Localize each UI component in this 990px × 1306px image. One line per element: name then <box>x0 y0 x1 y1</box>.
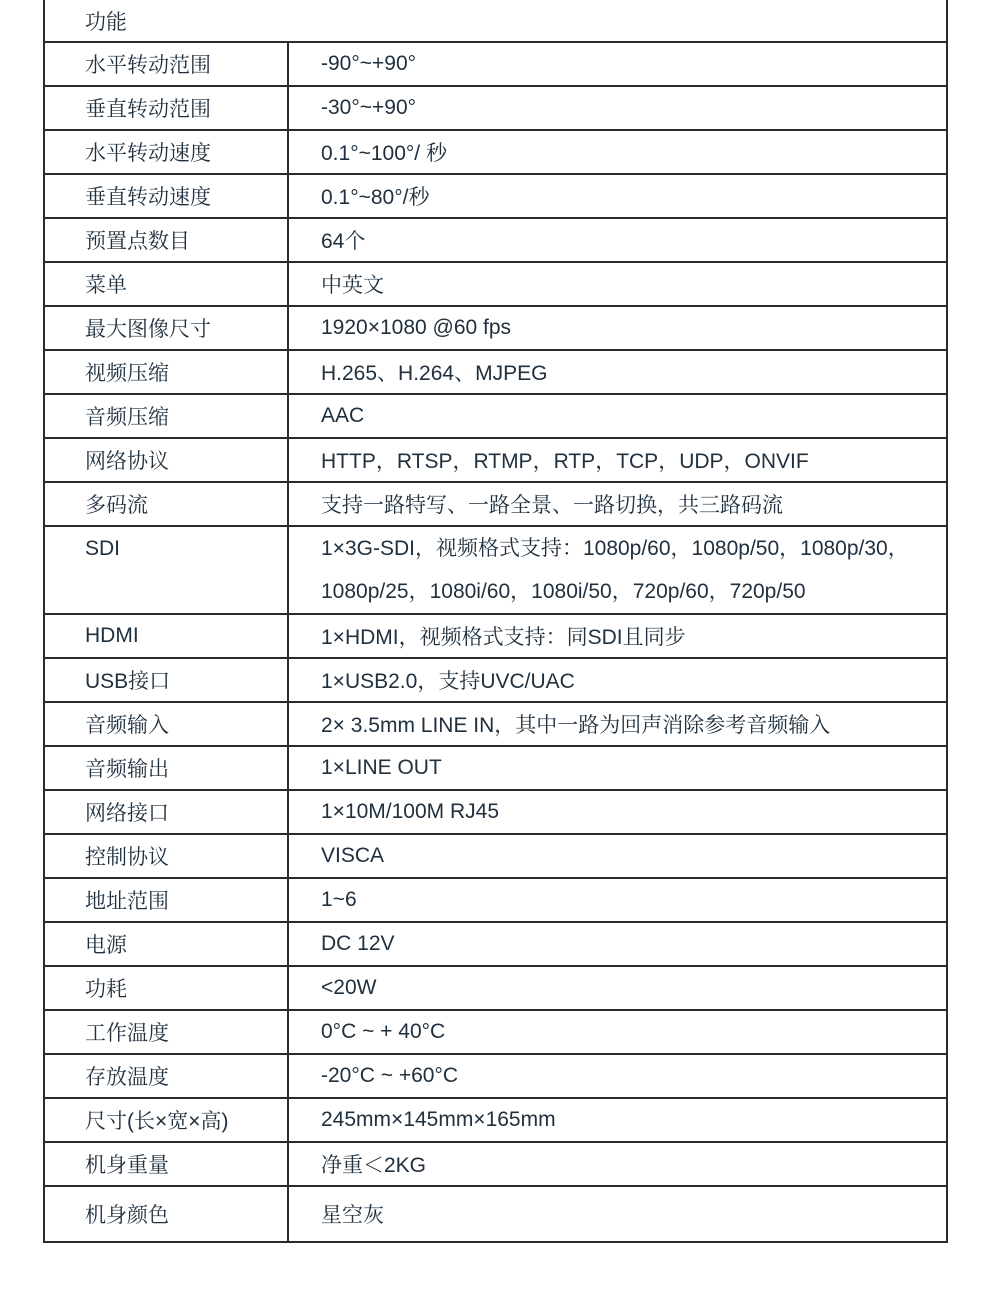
table-row: 垂直转动速度 0.1°~80°/秒 <box>45 175 946 219</box>
spec-value: 64个 <box>289 219 946 261</box>
table-row: 电源 DC 12V <box>45 923 946 967</box>
table-row: 网络接口 1×10M/100M RJ45 <box>45 791 946 835</box>
table-row: 水平转动范围 -90°~+90° <box>45 43 946 87</box>
spec-table: 功能 水平转动范围 -90°~+90° 垂直转动范围 -30°~+90° 水平转… <box>43 0 948 1243</box>
spec-label: 音频压缩 <box>45 395 289 437</box>
spec-label: 尺寸(长×宽×高) <box>45 1099 289 1141</box>
spec-value: -20°C ~ +60°C <box>289 1055 946 1097</box>
spec-value: 1×3G-SDI，视频格式支持：1080p/60，1080p/50，1080p/… <box>289 527 946 613</box>
spec-label: 音频输入 <box>45 703 289 745</box>
spec-value: -90°~+90° <box>289 43 946 85</box>
table-row: 音频输入 2× 3.5mm LINE IN，其中一路为回声消除参考音频输入 <box>45 703 946 747</box>
spec-value: 中英文 <box>289 263 946 305</box>
spec-label: 地址范围 <box>45 879 289 921</box>
table-row: 垂直转动范围 -30°~+90° <box>45 87 946 131</box>
spec-label: 存放温度 <box>45 1055 289 1097</box>
spec-value: 1×USB2.0，支持UVC/UAC <box>289 659 946 701</box>
table-row: HDMI 1×HDMI，视频格式支持：同SDI且同步 <box>45 615 946 659</box>
table-row: 音频输出 1×LINE OUT <box>45 747 946 791</box>
spec-value: <20W <box>289 967 946 1009</box>
spec-label: 网络接口 <box>45 791 289 833</box>
spec-value: 0.1°~80°/秒 <box>289 175 946 217</box>
table-row: 多码流 支持一路特写、一路全景、一路切换，共三路码流 <box>45 483 946 527</box>
table-header-label: 功能 <box>45 0 946 41</box>
table-row: 机身重量 净重＜2KG <box>45 1143 946 1187</box>
spec-value: 245mm×145mm×165mm <box>289 1099 946 1141</box>
table-header-row: 功能 <box>45 0 946 43</box>
table-row: 网络协议 HTTP，RTSP，RTMP，RTP，TCP，UDP，ONVIF <box>45 439 946 483</box>
spec-label: 功耗 <box>45 967 289 1009</box>
table-row: 水平转动速度 0.1°~100°/ 秒 <box>45 131 946 175</box>
spec-label: 工作温度 <box>45 1011 289 1053</box>
table-row-sdi: SDI 1×3G-SDI，视频格式支持：1080p/60，1080p/50，10… <box>45 527 946 615</box>
spec-label: 垂直转动速度 <box>45 175 289 217</box>
spec-value: 1×HDMI，视频格式支持：同SDI且同步 <box>289 615 946 657</box>
spec-value: 2× 3.5mm LINE IN，其中一路为回声消除参考音频输入 <box>289 703 946 745</box>
spec-label: USB接口 <box>45 659 289 701</box>
spec-label: SDI <box>45 527 289 613</box>
table-row: 预置点数目 64个 <box>45 219 946 263</box>
spec-value: VISCA <box>289 835 946 877</box>
spec-value: 0.1°~100°/ 秒 <box>289 131 946 173</box>
spec-label: HDMI <box>45 615 289 657</box>
spec-value: 支持一路特写、一路全景、一路切换，共三路码流 <box>289 483 946 525</box>
spec-label: 机身颜色 <box>45 1187 289 1241</box>
spec-value: 1×LINE OUT <box>289 747 946 789</box>
table-row: USB接口 1×USB2.0，支持UVC/UAC <box>45 659 946 703</box>
spec-label: 音频输出 <box>45 747 289 789</box>
spec-value: AAC <box>289 395 946 437</box>
spec-value: 1~6 <box>289 879 946 921</box>
spec-value: H.265、H.264、MJPEG <box>289 351 946 393</box>
spec-value: DC 12V <box>289 923 946 965</box>
table-row: 工作温度 0°C ~ + 40°C <box>45 1011 946 1055</box>
table-row: 机身颜色 星空灰 <box>45 1187 946 1241</box>
spec-label: 预置点数目 <box>45 219 289 261</box>
spec-label: 水平转动速度 <box>45 131 289 173</box>
table-row: 存放温度 -20°C ~ +60°C <box>45 1055 946 1099</box>
table-row: 控制协议 VISCA <box>45 835 946 879</box>
table-row: 功耗 <20W <box>45 967 946 1011</box>
spec-value: -30°~+90° <box>289 87 946 129</box>
table-row: 最大图像尺寸 1920×1080 @60 fps <box>45 307 946 351</box>
spec-label: 水平转动范围 <box>45 43 289 85</box>
spec-label: 电源 <box>45 923 289 965</box>
table-row: 地址范围 1~6 <box>45 879 946 923</box>
spec-label: 机身重量 <box>45 1143 289 1185</box>
spec-label: 菜单 <box>45 263 289 305</box>
table-row: 音频压缩 AAC <box>45 395 946 439</box>
spec-value: 星空灰 <box>289 1187 946 1241</box>
table-row: 尺寸(长×宽×高) 245mm×145mm×165mm <box>45 1099 946 1143</box>
table-row: 视频压缩 H.265、H.264、MJPEG <box>45 351 946 395</box>
spec-label: 垂直转动范围 <box>45 87 289 129</box>
spec-value: 净重＜2KG <box>289 1143 946 1185</box>
spec-label: 最大图像尺寸 <box>45 307 289 349</box>
spec-label: 网络协议 <box>45 439 289 481</box>
spec-value: HTTP，RTSP，RTMP，RTP，TCP，UDP，ONVIF <box>289 439 946 481</box>
spec-value: 1×10M/100M RJ45 <box>289 791 946 833</box>
spec-label: 控制协议 <box>45 835 289 877</box>
table-row: 菜单 中英文 <box>45 263 946 307</box>
spec-value: 1920×1080 @60 fps <box>289 307 946 349</box>
spec-label: 视频压缩 <box>45 351 289 393</box>
spec-label: 多码流 <box>45 483 289 525</box>
spec-value: 0°C ~ + 40°C <box>289 1011 946 1053</box>
